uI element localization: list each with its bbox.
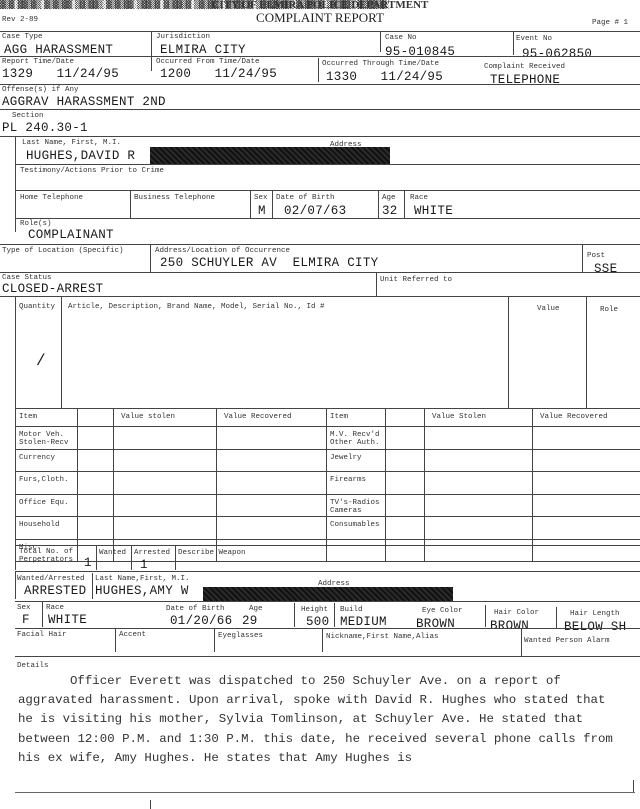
height-value: 500: [306, 615, 329, 629]
occurrence-address-value: 250 SCHUYLER AV ELMIRA CITY: [160, 256, 378, 270]
section-label: Section: [12, 112, 44, 120]
suspect-sex-label: Sex: [17, 604, 31, 612]
table-header: Item: [19, 413, 37, 421]
location-type-label: Type of Location (Specific): [2, 247, 124, 255]
page-number: Page # 1: [592, 19, 628, 27]
unit-referred-label: Unit Referred to: [380, 276, 452, 284]
complainant-sex-value: M: [258, 204, 266, 218]
wanted-person-alarm-label: Wanted Person Alarm: [524, 637, 610, 645]
complainant-dob-value: 02/07/63: [284, 204, 346, 218]
suspect-dob-label: Date of Birth: [166, 605, 225, 613]
item-row-label: Consumables: [330, 521, 386, 529]
build-label: Build: [340, 606, 363, 614]
suspect-race-label: Race: [46, 604, 64, 612]
complainant-dob-label: Date of Birth: [276, 194, 335, 202]
item-row-label: Office Equ.: [19, 499, 75, 507]
hair-color-value: BROWN: [490, 619, 529, 633]
item-row-label: M.V. Recv'd Other Auth.: [330, 431, 386, 447]
section-value: PL 240.30-1: [2, 121, 88, 135]
item-row-label: Jewelry: [330, 454, 386, 462]
eyeglasses-label: Eyeglasses: [218, 632, 263, 640]
height-label: Height: [301, 606, 328, 614]
eye-color-label: Eye Color: [422, 607, 463, 615]
roles-value: COMPLAINANT: [28, 228, 114, 242]
item-row-label: TV's-Radios Cameras: [330, 499, 386, 515]
table-header: Value Recovered: [540, 413, 608, 421]
case-status-value: CLOSED-ARREST: [2, 282, 103, 296]
hair-length-value: BELOW SH: [564, 620, 626, 634]
offense-label: Offense(s) if Any: [2, 86, 79, 94]
complainant-name-value: HUGHES,DAVID R: [26, 149, 135, 163]
occurred-from-label: Occurred From Time/Date: [156, 58, 260, 66]
roles-label: Role(s): [20, 220, 52, 228]
offense-value: AGGRAV HARASSMENT 2ND: [2, 95, 166, 109]
table-header: Value stolen: [121, 413, 175, 421]
business-phone-label: Business Telephone: [134, 194, 215, 202]
quantity-mark: /: [36, 352, 46, 370]
details-label: Details: [17, 662, 49, 670]
complainant-race-label: Race: [410, 194, 428, 202]
arrested-value: 1: [140, 558, 148, 572]
total-perpetrators-label: Total No. of Perpetrators: [19, 548, 89, 564]
table-header: Value Recovered: [224, 413, 292, 421]
event-no-value: 95-062850: [522, 47, 592, 61]
quantity-header: Quantity: [19, 303, 55, 311]
case-type-value: AGG HARASSMENT: [4, 43, 113, 57]
wanted-arrested-label: Wanted/Arrested: [17, 575, 85, 583]
occurred-through-label: Occurred Through Time/Date: [322, 60, 439, 68]
occurrence-address-label: Address/Location of Occurrence: [155, 247, 290, 255]
redacted-suspect-address: [203, 587, 453, 602]
case-no-label: Case No: [385, 34, 417, 42]
arrested-label: Arrested: [134, 549, 170, 557]
wanted-label: Wanted: [99, 549, 126, 557]
accent-label: Accent: [119, 631, 146, 639]
table-header: Item: [330, 413, 348, 421]
complainant-age-label: Age: [382, 194, 396, 202]
post-value: SSE: [594, 262, 617, 276]
hair-length-label: Hair Length: [570, 610, 620, 618]
complainant-race-value: WHITE: [414, 204, 453, 218]
details-narrative: Officer Everett was dispatched to 250 Sc…: [18, 672, 618, 768]
suspect-sex-value: F: [22, 613, 30, 627]
suspect-age-label: Age: [249, 605, 263, 613]
form-revision: Rev 2-89: [2, 16, 38, 24]
role-header: Role: [600, 306, 618, 314]
complaint-received-label: Complaint Received: [484, 63, 565, 71]
item-row-label: Furs,Cloth.: [19, 476, 75, 484]
event-no-label: Event No: [516, 35, 552, 43]
jurisdiction-label: Jurisdiction: [156, 33, 210, 41]
facial-hair-label: Facial Hair: [17, 631, 67, 639]
report-time-value: 1329 11/24/95: [2, 67, 119, 81]
jurisdiction-value: ELMIRA CITY: [160, 43, 246, 57]
complainant-sex-label: Sex: [254, 194, 268, 202]
complainant-age-value: 32: [382, 204, 398, 218]
report-time-label: Report Time/Date: [2, 58, 74, 66]
occurred-from-value: 1200 11/24/95: [160, 67, 277, 81]
value-header: Value: [537, 305, 560, 313]
hair-color-label: Hair Color: [494, 609, 539, 617]
article-header: Article, Description, Brand Name, Model,…: [68, 303, 325, 311]
home-phone-label: Home Telephone: [20, 194, 83, 202]
build-value: MEDIUM: [340, 615, 387, 629]
item-row-label: Motor Veh. Stolen-Recv: [19, 431, 75, 447]
case-type-label: Case Type: [2, 33, 43, 41]
describe-weapon-label: Describe Weapon: [178, 549, 246, 557]
suspect-name-value: HUGHES,AMY W: [95, 584, 189, 598]
testimony-label: Testimony/Actions Prior to Crime: [20, 167, 164, 175]
complainant-name-label: Last Name, First, M.I.: [22, 139, 121, 147]
suspect-race-value: WHITE: [48, 613, 87, 627]
item-row-label: Firearms: [330, 476, 386, 484]
item-row-label: Household: [19, 521, 75, 529]
page-title: COMPLAINT REPORT: [0, 10, 640, 26]
nickname-label: Nickname,First Name,Alias: [326, 633, 439, 641]
total-perpetrators-value: 1: [84, 556, 92, 570]
wanted-arrested-value: ARRESTED: [24, 584, 86, 598]
suspect-dob-value: 01/20/66: [170, 614, 232, 628]
suspect-name-label: Last Name,First, M.I.: [95, 575, 190, 583]
item-row-label: Currency: [19, 454, 75, 462]
redacted-address: [150, 147, 390, 165]
post-label: Post: [587, 252, 605, 260]
details-text: Officer Everett was dispatched to 250 Sc…: [18, 672, 618, 768]
suspect-age-value: 29: [242, 614, 258, 628]
occurred-through-value: 1330 11/24/95: [326, 70, 443, 84]
table-header: Value Stolen: [432, 413, 486, 421]
case-status-label: Case Status: [2, 274, 52, 282]
